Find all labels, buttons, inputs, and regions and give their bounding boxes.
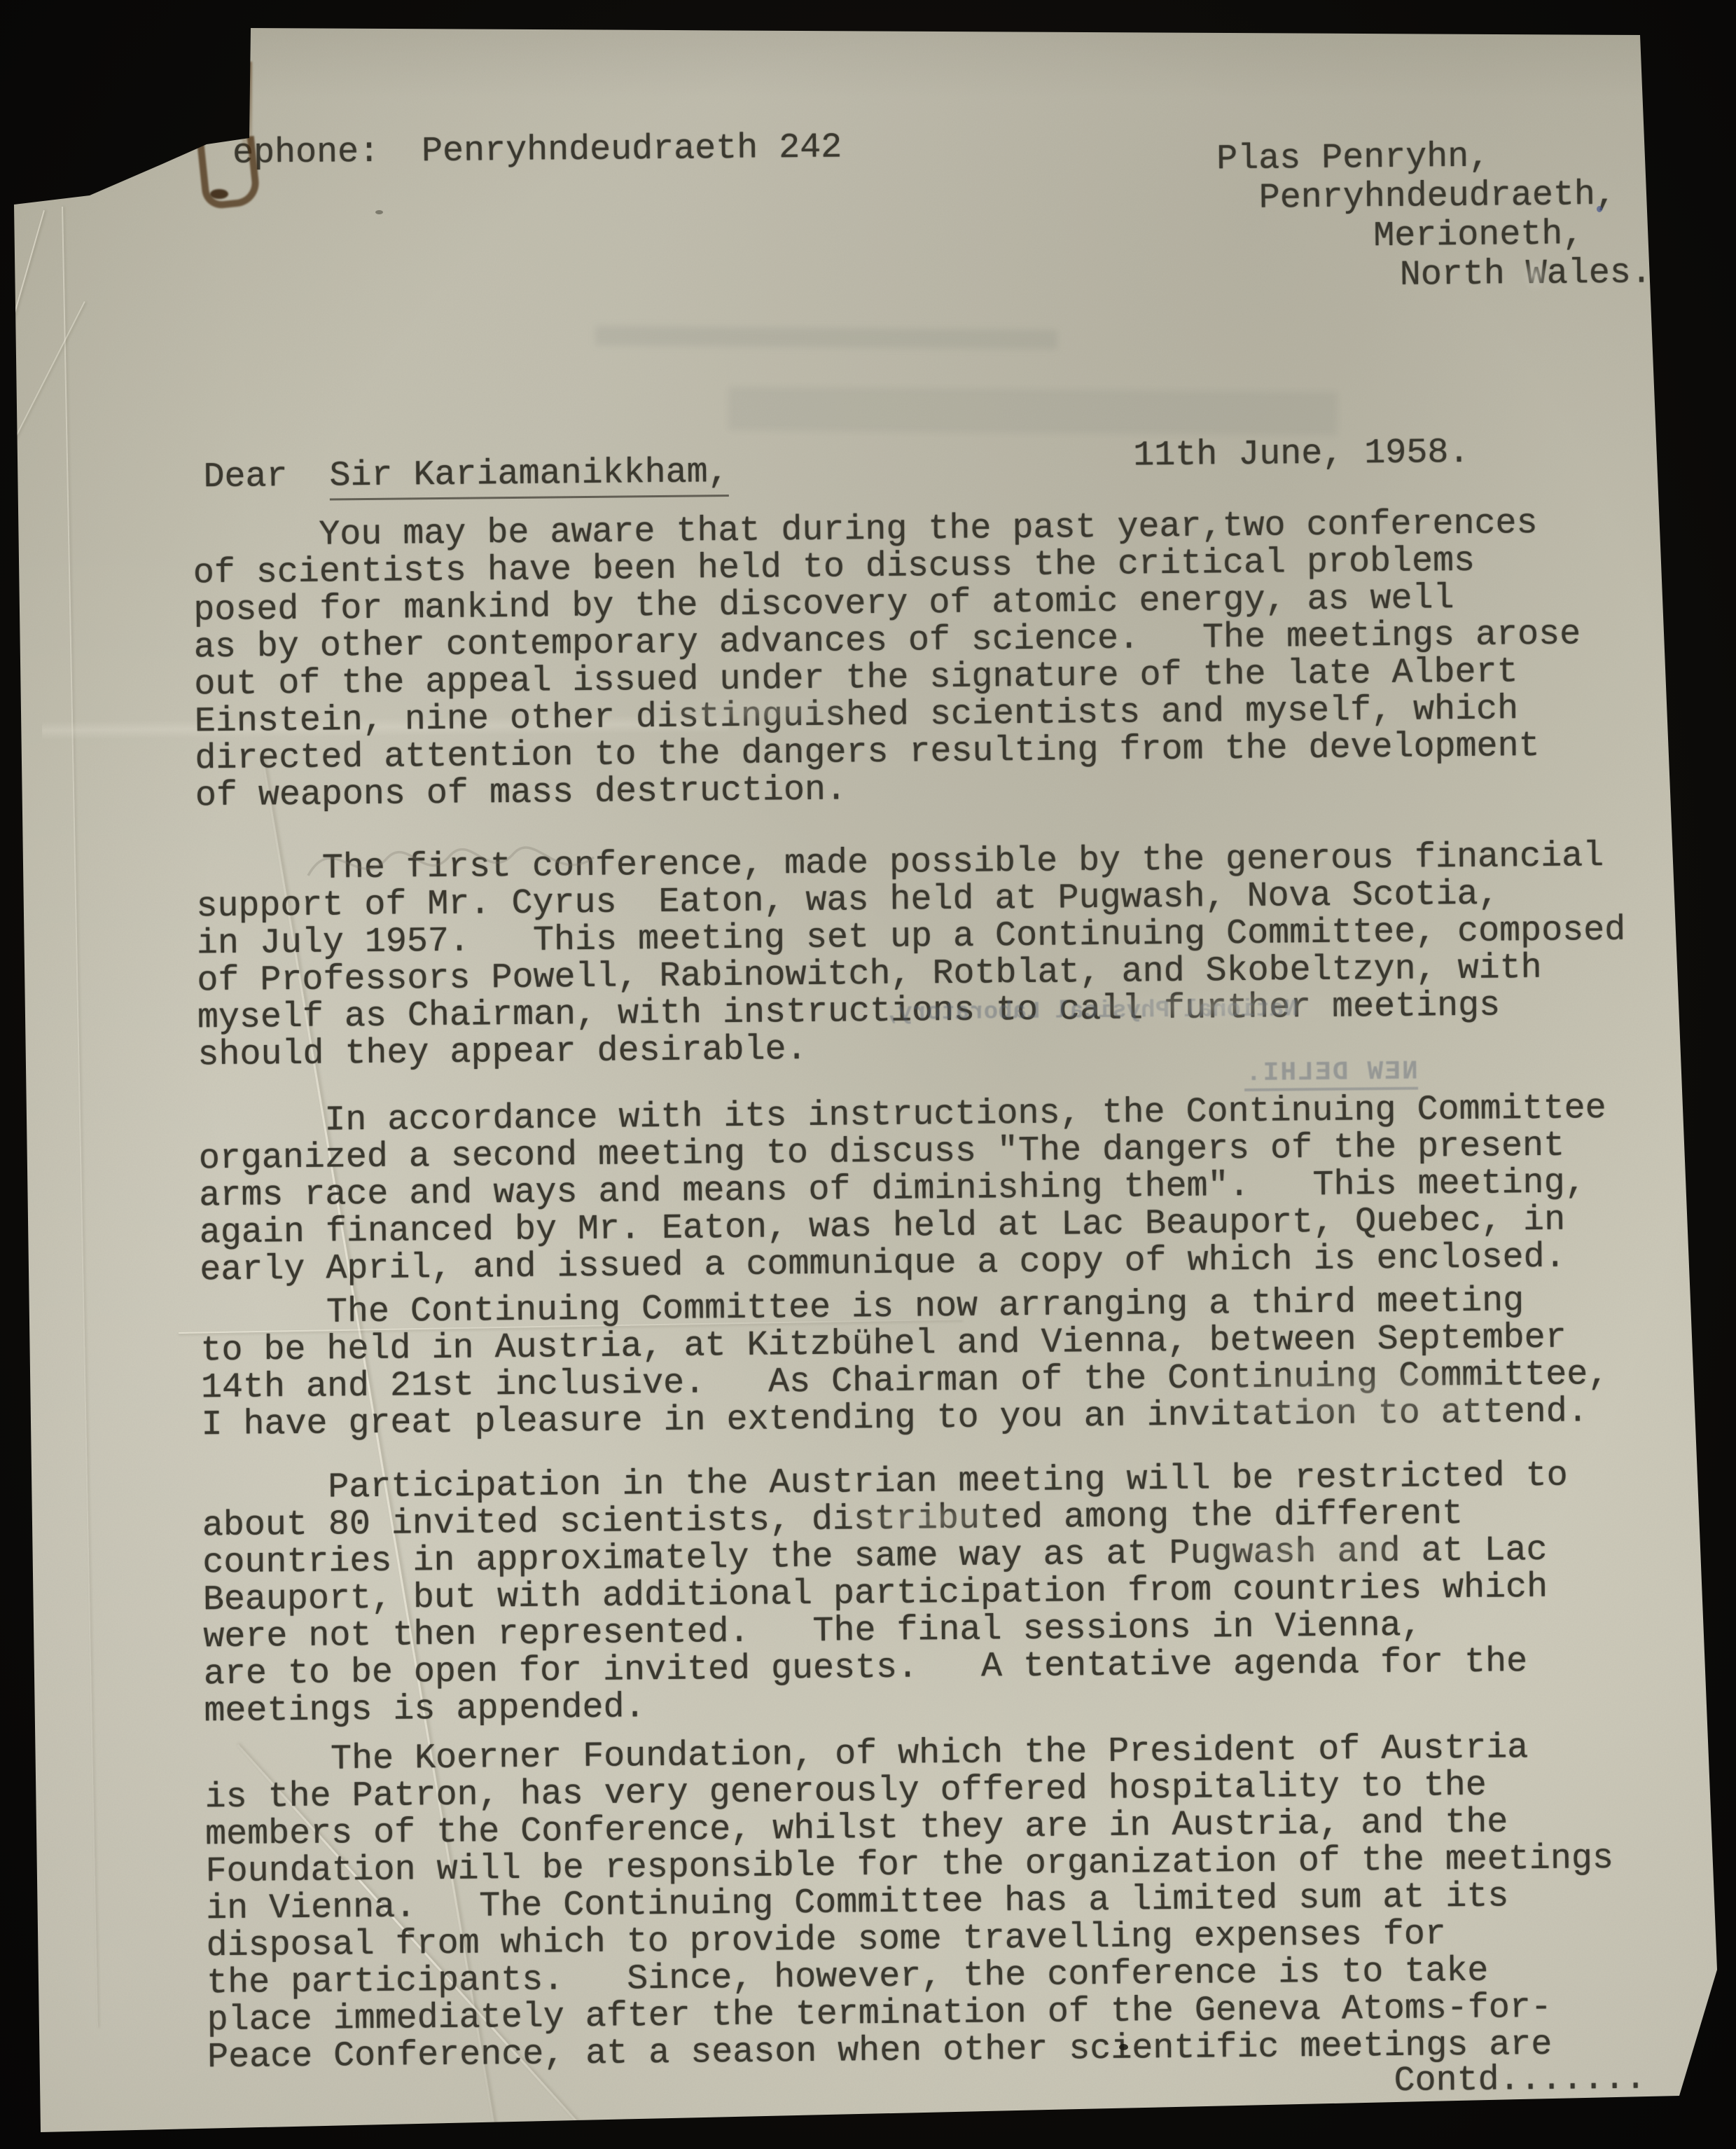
letterhead-telephone: ephone: Penryhndeudraeth 242 xyxy=(232,129,842,172)
bleedthrough-text-new-delhi: NEW DELHI. xyxy=(1244,1057,1418,1091)
tear-stain-blob xyxy=(210,189,228,199)
paragraph-1: You may be aware that during the past ye… xyxy=(193,504,1582,815)
paper: ephone: Penryhndeudraeth 242 Plas Penryh… xyxy=(0,0,1736,2149)
paragraph-6: The Koerner Foundation, of which the Pre… xyxy=(204,1729,1616,2076)
ink-speck-2 xyxy=(375,210,383,214)
ink-speck-blue xyxy=(1597,206,1602,212)
letterhead-address-line-1: Plas Penryhn, xyxy=(1216,139,1490,179)
typed-text-layer: ephone: Penryhndeudraeth 242 Plas Penryh… xyxy=(0,0,1736,2149)
letterhead-address-line-2: Penryhndeudraeth, xyxy=(1259,177,1617,217)
paragraph-5: Participation in the Austrian meeting wi… xyxy=(202,1458,1570,1731)
continuation-note: Contd....... xyxy=(1394,2061,1646,2100)
salutation: Dear Sir Kariamanikkham, xyxy=(203,454,729,496)
letterhead-date: 11th June, 1958. xyxy=(1133,434,1470,475)
tear-edge-stain xyxy=(242,62,252,147)
letterhead-address-line-3: Merioneth, xyxy=(1373,216,1584,255)
ink-speck-1 xyxy=(1119,2044,1128,2050)
paragraph-3: In accordance with its instructions, the… xyxy=(198,1090,1608,1289)
photo-background: ephone: Penryhndeudraeth 242 Plas Penryh… xyxy=(0,0,1736,2149)
paragraph-4: The Continuing Committee is now arrangin… xyxy=(200,1282,1609,1444)
letterhead-address-line-4: North Wales. xyxy=(1400,254,1653,293)
salutation-name: Sir Kariamanikkham, xyxy=(329,452,729,500)
bleedthrough-text-laboratory: National Physical Laboratory, xyxy=(884,996,1298,1027)
salutation-prefix: Dear xyxy=(203,457,330,498)
handwriting-ghost xyxy=(301,818,602,902)
